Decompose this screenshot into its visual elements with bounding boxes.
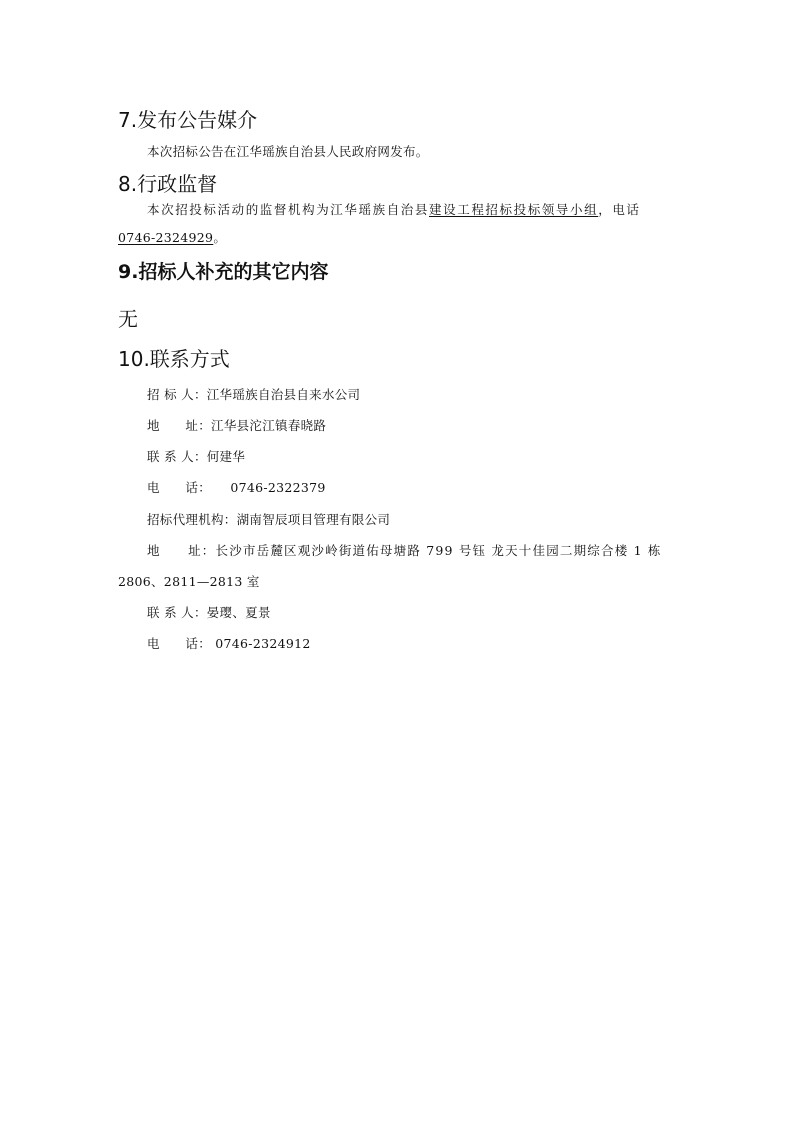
section-9-heading: 9.招标人补充的其它内容	[118, 257, 328, 284]
contact-label: 招标代理机构：	[147, 512, 237, 527]
section-8-suffix: 。	[213, 230, 226, 245]
contact-label: 地 址：	[147, 543, 216, 558]
contact-label: 联 系 人：	[147, 449, 207, 464]
contact-value: 何建华	[207, 449, 245, 464]
contact-row-agency-phone: 电 话： 0746-2324912	[147, 634, 311, 652]
section-7-heading: 7.发布公告媒介	[118, 104, 257, 133]
supervisory-body-link[interactable]: 建设工程招标投标领导小组	[429, 202, 598, 217]
supervisory-phone: 0746-2324929	[118, 230, 213, 245]
contact-value: 江华县沱江镇春晓路	[211, 418, 326, 433]
contact-value: 湖南智辰项目管理有限公司	[237, 512, 391, 527]
contact-label: 电 话：	[147, 636, 211, 651]
contact-row-agency: 招标代理机构：湖南智辰项目管理有限公司	[147, 510, 390, 528]
contact-row-phone: 电 话： 0746-2322379	[147, 478, 326, 496]
section-8-body: 本次招投标活动的监督机构为江华瑶族自治县建设工程招标投标领导小组，电话	[147, 200, 641, 218]
contact-label: 地 址：	[147, 418, 211, 433]
contact-value: 晏璎、夏景	[207, 605, 271, 620]
contact-row-person: 联 系 人：何建华	[147, 447, 245, 465]
section-10-heading: 10.联系方式	[118, 343, 230, 372]
contact-label: 招 标 人：	[147, 387, 207, 402]
contact-row-agency-address: 地 址：长沙市岳麓区观沙岭街道佑母塘路 799 号钰 龙天十佳园二期综合楼 1 …	[147, 541, 662, 559]
contact-value: 0746-2324912	[211, 636, 311, 651]
contact-row-tenderer: 招 标 人：江华瑶族自治县自来水公司	[147, 385, 360, 403]
contact-label: 电 话：	[147, 480, 205, 495]
section-9-body: 无	[118, 303, 138, 332]
contact-value: 0746-2322379	[205, 480, 326, 495]
contact-value: 2806、2811—2813 室	[118, 574, 260, 589]
contact-row-address: 地 址：江华县沱江镇春晓路	[147, 416, 326, 434]
contact-label: 联 系 人：	[147, 605, 207, 620]
contact-value: 江华瑶族自治县自来水公司	[207, 387, 361, 402]
contact-row-agency-person: 联 系 人：晏璎、夏景	[147, 603, 271, 621]
section-7-body: 本次招标公告在江华瑶族自治县人民政府网发布。	[147, 142, 429, 160]
contact-row-agency-address-cont: 2806、2811—2813 室	[118, 572, 260, 590]
section-8-text: 本次招投标活动的监督机构为江华瑶族自治县	[147, 202, 429, 217]
contact-value: 长沙市岳麓区观沙岭街道佑母塘路 799 号钰 龙天十佳园二期综合楼 1 栋	[216, 543, 662, 558]
section-8-text-mid: ，电话	[598, 202, 640, 217]
section-8-heading: 8.行政监督	[118, 168, 217, 197]
section-8-phone-line: 0746-2324929。	[118, 228, 226, 246]
